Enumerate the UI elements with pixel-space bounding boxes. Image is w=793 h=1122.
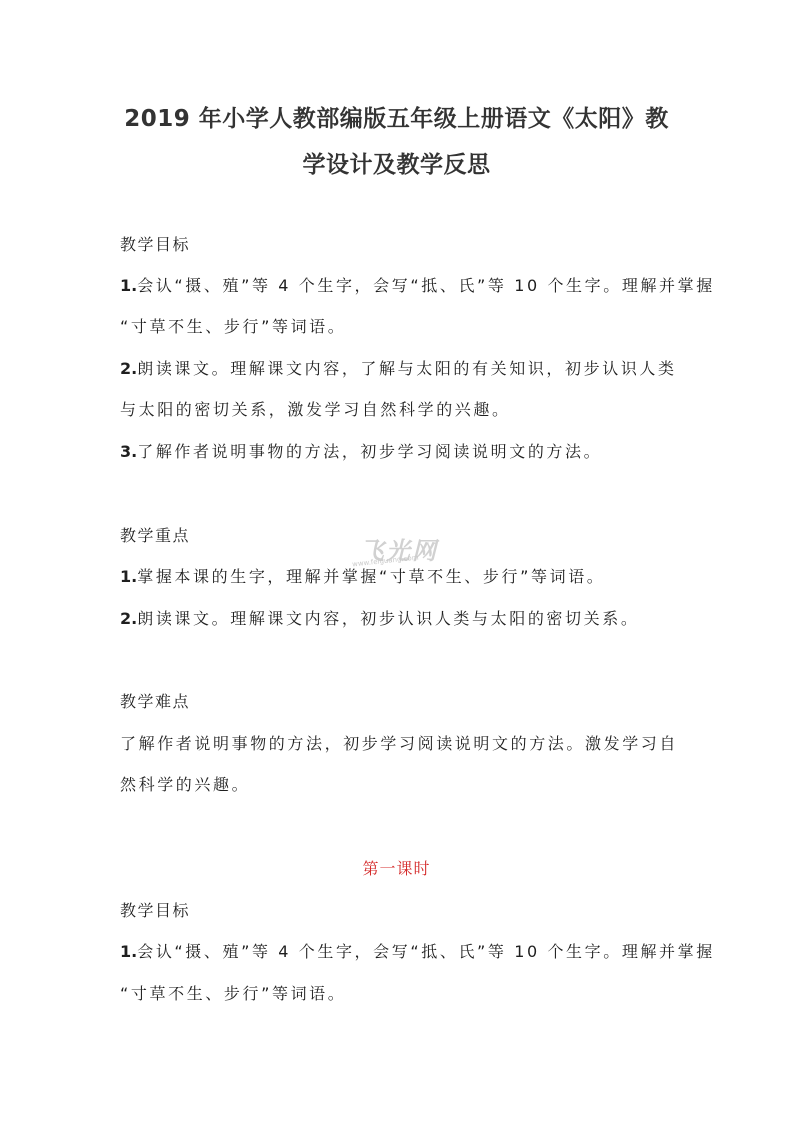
item-number: 1. [120, 276, 137, 295]
section-heading-goals: 教学目标 [120, 232, 190, 255]
goal-item-3: 3.了解作者说明事物的方法，初步学习阅读说明文的方法。 [120, 439, 602, 462]
section-heading-difficulties: 教学难点 [120, 689, 190, 712]
document-title: 2019 年小学人教部编版五年级上册语文《太阳》教 学设计及教学反思 [100, 96, 693, 188]
goal-item-1-line-2: “寸草不生、步行”等词语。 [120, 314, 346, 337]
document-page: 2019 年小学人教部编版五年级上册语文《太阳》教 学设计及教学反思 教学目标 … [0, 0, 793, 1122]
difficulties-line-2: 然科学的兴趣。 [120, 772, 250, 795]
lesson-1-goals-heading: 教学目标 [120, 898, 190, 921]
item-text: 会认“摄、殖”等 4 个生字，会写“抵、氏”等 10 个生字。理解并掌握 [137, 276, 715, 295]
item-number: 1. [120, 942, 137, 961]
item-number: 2. [120, 609, 137, 628]
key-point-item-1: 1.掌握本课的生字，理解并掌握“寸草不生、步行”等词语。 [120, 564, 605, 587]
lesson-1-goal-item-1-line-2: “寸草不生、步行”等词语。 [120, 981, 346, 1004]
lesson-1-heading: 第一课时 [0, 856, 793, 879]
item-text: 会认“摄、殖”等 4 个生字，会写“抵、氏”等 10 个生字。理解并掌握 [137, 942, 715, 961]
item-text: 了解作者说明事物的方法，初步学习阅读说明文的方法。 [137, 442, 602, 461]
goal-item-1-line-1: 1.会认“摄、殖”等 4 个生字，会写“抵、氏”等 10 个生字。理解并掌握 [120, 273, 715, 296]
goal-item-2-line-2: 与太阳的密切关系，激发学习自然科学的兴趣。 [120, 397, 511, 420]
goal-item-2-line-1: 2.朗读课文。理解课文内容，了解与太阳的有关知识，初步认识人类 [120, 356, 677, 379]
section-heading-key-points: 教学重点 [120, 523, 190, 546]
lesson-1-goal-item-1-line-1: 1.会认“摄、殖”等 4 个生字，会写“抵、氏”等 10 个生字。理解并掌握 [120, 939, 715, 962]
item-text: 朗读课文。理解课文内容，初步认识人类与太阳的密切关系。 [137, 609, 639, 628]
watermark-logo-text: 飞光网 [360, 531, 438, 566]
title-line-1: 2019 年小学人教部编版五年级上册语文《太阳》教 [100, 96, 693, 142]
item-text: 掌握本课的生字，理解并掌握“寸草不生、步行”等词语。 [137, 567, 605, 586]
item-number: 3. [120, 442, 137, 461]
key-point-item-2: 2.朗读课文。理解课文内容，初步认识人类与太阳的密切关系。 [120, 606, 639, 629]
item-number: 1. [120, 567, 137, 586]
item-number: 2. [120, 359, 137, 378]
item-text: 朗读课文。理解课文内容，了解与太阳的有关知识，初步认识人类 [137, 359, 676, 378]
title-line-2: 学设计及教学反思 [100, 142, 693, 188]
difficulties-line-1: 了解作者说明事物的方法，初步学习阅读说明文的方法。激发学习自 [120, 731, 678, 754]
